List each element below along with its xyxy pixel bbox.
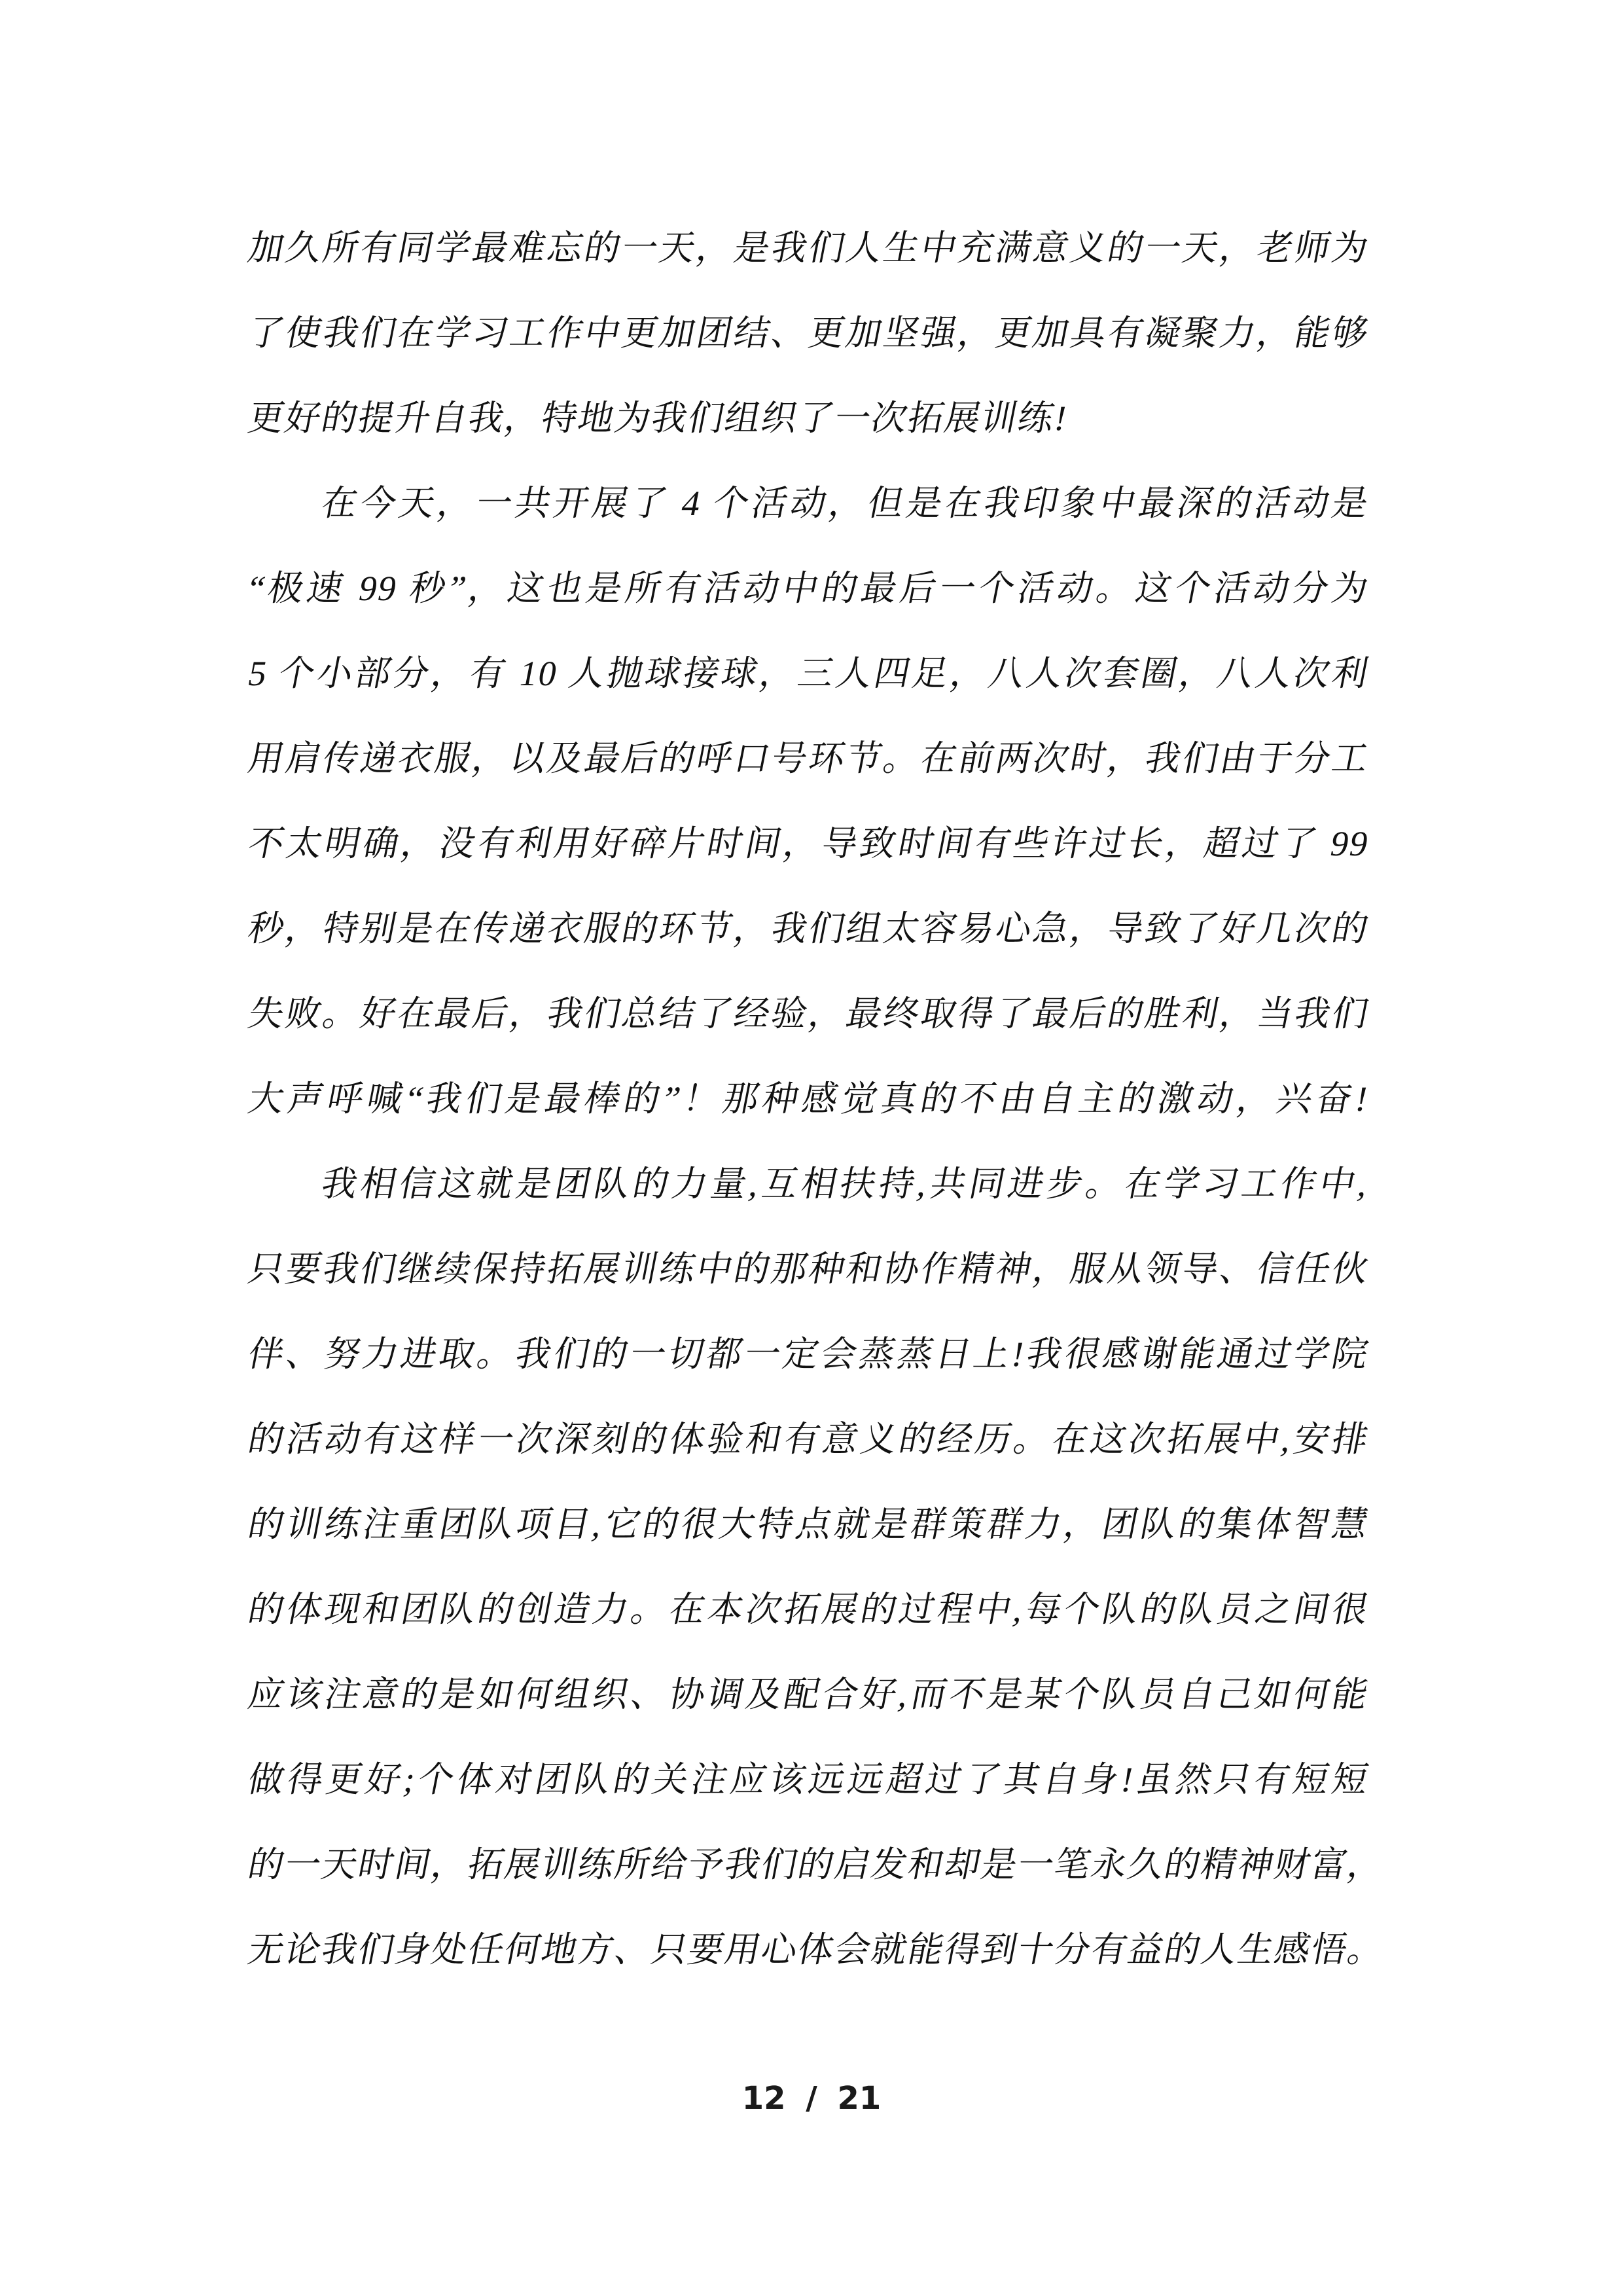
text-line: “极速 99 秒”，这也是所有活动中的最后一个活动。这个活动分为 xyxy=(240,546,1377,631)
text-line: 我相信这就是团队的力量,互相扶持,共同进步。在学习工作中, xyxy=(240,1141,1377,1227)
page-number-current: 12 xyxy=(742,2080,786,2117)
text-line: 的活动有这样一次深刻的体验和有意义的经历。在这次拓展中,安排 xyxy=(240,1397,1377,1482)
text-line: 无论我们身处任何地方、只要用心体会就能得到十分有益的人生感悟。 xyxy=(240,1907,1377,1992)
text-line: 伴、努力进取。我们的一切都一定会蒸蒸日上!我很感谢能通过学院 xyxy=(240,1312,1377,1397)
text-line: 了使我们在学习工作中更加团结、更加坚强，更加具有凝聚力，能够 xyxy=(240,291,1377,376)
text-line: 做得更好;个体对团队的关注应该远远超过了其自身!虽然只有短短 xyxy=(240,1737,1377,1822)
text-line: 加久所有同学最难忘的一天，是我们人生中充满意义的一天，老师为 xyxy=(240,206,1377,291)
text-line: 只要我们继续保持拓展训练中的那种和协作精神，服从领导、信任伙 xyxy=(240,1227,1377,1312)
page-number-separator: / xyxy=(806,2080,817,2117)
document-page: 加久所有同学最难忘的一天，是我们人生中充满意义的一天，老师为了使我们在学习工作中… xyxy=(0,0,1623,2296)
text-line: 失败。好在最后，我们总结了经验，最终取得了最后的胜利，当我们 xyxy=(240,971,1377,1056)
text-line: 的一天时间，拓展训练所给予我们的启发和却是一笔永久的精神财富， xyxy=(240,1822,1377,1907)
text-line: 5 个小部分，有 10 人抛球接球，三人四足，八人次套圈，八人次利 xyxy=(240,631,1377,716)
text-line: 秒，特别是在传递衣服的环节，我们组太容易心急，导致了好几次的 xyxy=(240,886,1377,971)
text-line: 大声呼喊“我们是最棒的”！那种感觉真的不由自主的激动，兴奋! xyxy=(240,1056,1377,1141)
text-line: 在今天，一共开展了 4 个活动，但是在我印象中最深的活动是 xyxy=(240,461,1377,546)
page-number-total: 21 xyxy=(837,2080,881,2117)
text-line: 不太明确，没有利用好碎片时间，导致时间有些许过长，超过了 99 xyxy=(240,801,1377,886)
text-line: 用肩传递衣服，以及最后的呼口号环节。在前两次时，我们由于分工 xyxy=(240,716,1377,801)
document-body: 加久所有同学最难忘的一天，是我们人生中充满意义的一天，老师为了使我们在学习工作中… xyxy=(249,206,1369,1992)
page-number: 12 / 21 xyxy=(0,2080,1623,2117)
text-line: 的训练注重团队项目,它的很大特点就是群策群力，团队的集体智慧 xyxy=(240,1482,1377,1567)
text-line: 更好的提升自我，特地为我们组织了一次拓展训练! xyxy=(240,376,1377,461)
text-line: 的体现和团队的创造力。在本次拓展的过程中,每个队的队员之间很 xyxy=(240,1567,1377,1652)
text-line: 应该注意的是如何组织、协调及配合好,而不是某个队员自己如何能 xyxy=(240,1652,1377,1737)
